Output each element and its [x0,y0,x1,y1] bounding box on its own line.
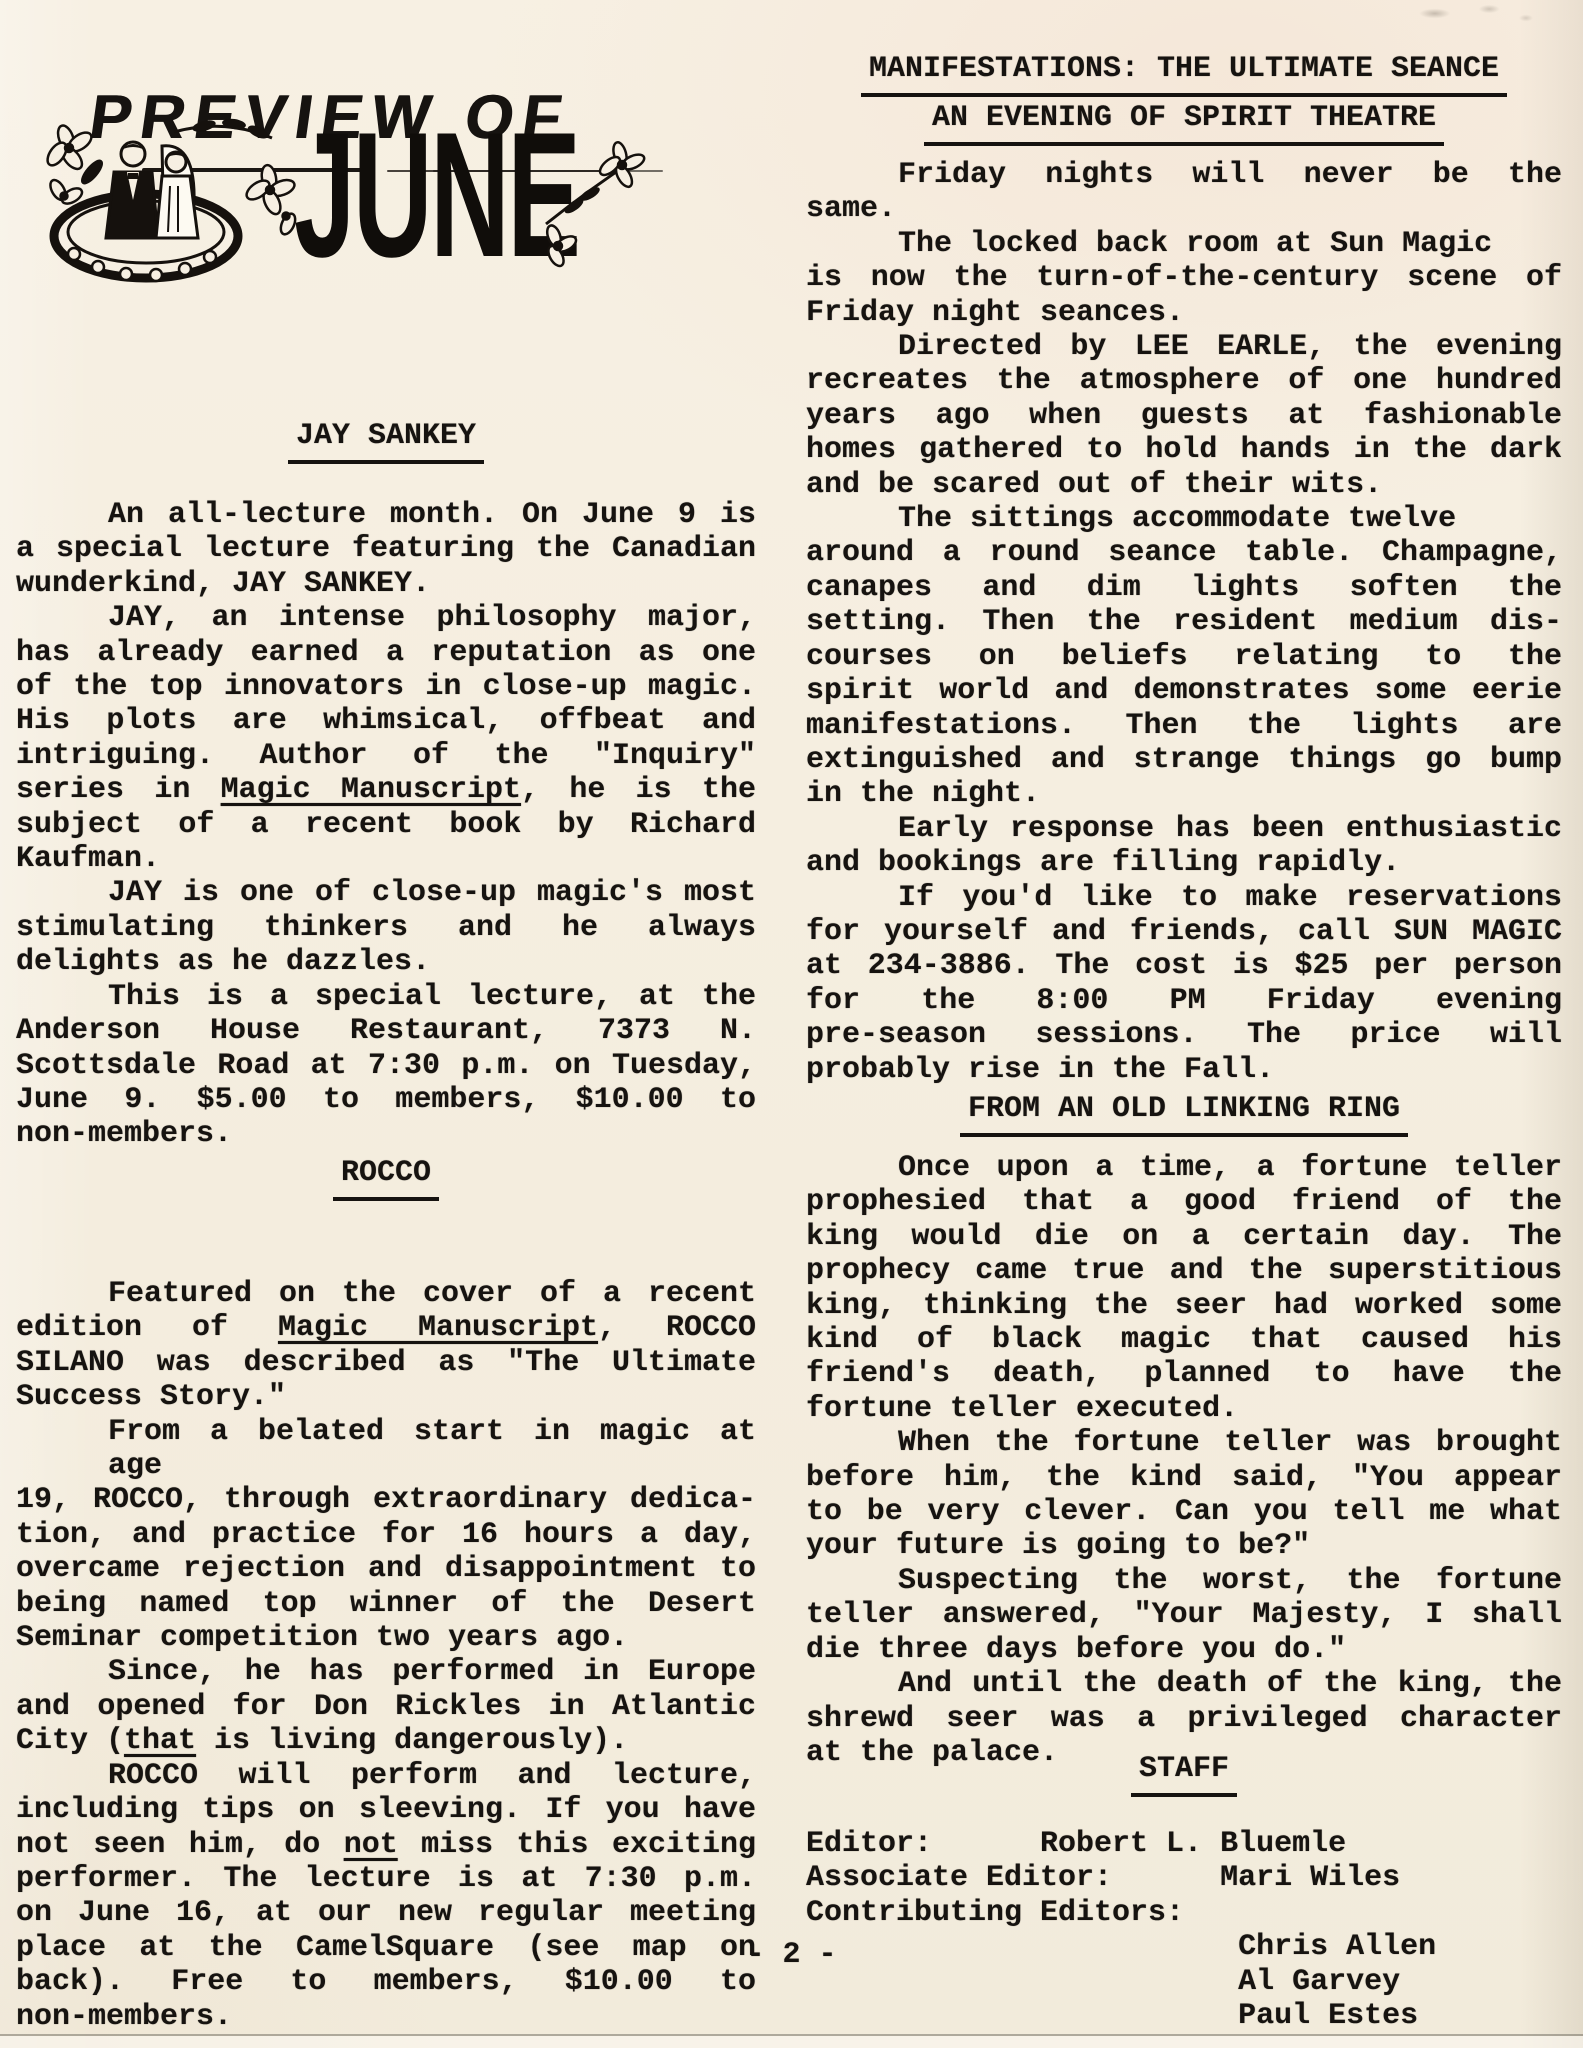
section-heading: STAFF [806,1748,1562,1797]
text-line: prophesied that a good friend of the [806,1185,1562,1219]
text-line: die three days before you do." [806,1633,1562,1667]
section-heading: ROCCO [16,1152,756,1201]
section-body: Editor: Robert L. BluemleAssociate Edito… [806,1827,1562,2033]
text-line: shrewd seer was a privileged character [806,1702,1562,1736]
paragraph: This is a special lecture, at theAnderso… [16,980,756,1152]
staff-row: Associate Editor: Mari Wiles [806,1861,1562,1895]
section-heading-text: STAFF [1131,1748,1237,1797]
paragraph: Since, he has performed in Europeand ope… [16,1655,756,1758]
section-jay-sankey: JAY SANKEYAn all-lecture month. On June … [16,415,756,1152]
text-line: king would die on a certain day. The [806,1220,1562,1254]
text-line: before him, the kind said, "You appear [806,1461,1562,1495]
text-line: An all-lecture month. On June 9 is [16,498,756,532]
text-line: for yourself and friends, call SUN MAGIC [806,915,1562,949]
text-line: Early response has been enthusiastic [806,812,1562,846]
newsletter-page: PREVIEW OF [0,0,1583,2048]
text-line: prophecy came true and the superstitious [806,1254,1562,1288]
text-line: Suspecting the worst, the fortune [806,1564,1562,1598]
text-line: same. [806,192,1562,226]
text-line: a special lecture featuring the Canadian [16,532,756,566]
text-line: The sittings accommodate twelve [806,502,1562,536]
text-line: stimulating thinkers and he always [16,911,756,945]
scan-smudge [1390,0,1550,30]
paragraph: Directed by LEE EARLE, the eveningrecrea… [806,330,1562,502]
text-line: Featured on the cover of a recent [16,1277,756,1311]
text-line: spirit world and demonstrates some eerie [806,674,1562,708]
text-line: for the 8:00 PM Friday evening [806,984,1562,1018]
section-manifestations: MANIFESTATIONS: THE ULTIMATE SEANCEAN EV… [806,48,1562,1087]
text-line: non-members. [16,1117,756,1151]
text-line: is now the turn-of-the-century scene of [806,261,1562,295]
text-line: ROCCO will perform and lecture, [16,1759,756,1793]
text-line: probably rise in the Fall. [806,1053,1562,1087]
text-line: recreates the atmosphere of one hundred [806,364,1562,398]
text-line: Directed by LEE EARLE, the evening [806,330,1562,364]
text-line: If you'd like to make reservations [806,881,1562,915]
text-line: years ago when guests at fashionable [806,399,1562,433]
text-line: From a belated start in magic at age [16,1415,756,1484]
flower-sprig-icon [536,128,656,268]
section-heading-text: ROCCO [333,1152,439,1201]
paragraph: Suspecting the worst, the fortuneteller … [806,1564,1562,1667]
masthead: PREVIEW OF [16,0,756,300]
paragraph: Friday nights will never be thesame. [806,158,1562,227]
text-line: JAY, an intense philosophy major, [16,601,756,635]
text-line: Success Story." [16,1380,756,1414]
text-line: friend's death, planned to have the [806,1357,1562,1391]
text-line: subject of a recent book by Richard [16,808,756,842]
text-line: delights as he dazzles. [16,945,756,979]
text-line: being named top winner of the Desert [16,1587,756,1621]
text-line: fortune teller executed. [806,1392,1562,1426]
text-line: has already earned a reputation as one [16,636,756,670]
text-line: Kaufman. [16,842,756,876]
text-line: manifestations. Then the lights are [806,709,1562,743]
paragraph: JAY is one of close-up magic's moststimu… [16,876,756,979]
section-heading: FROM AN OLD LINKING RING [806,1088,1562,1137]
paragraph: From a belated start in magic at age19, … [16,1415,756,1656]
text-line: around a round seance table. Champagne, [806,536,1562,570]
paragraph: An all-lecture month. On June 9 isa spec… [16,498,756,601]
section-heading: JAY SANKEY [16,415,756,464]
text-line: not seen him, do not miss this exciting [16,1828,756,1862]
text-line: 19, ROCCO, through extraordinary dedica- [16,1483,756,1517]
text-line: series in Magic Manuscript, he is the [16,773,756,807]
text-line: in the night. [806,777,1562,811]
text-line: June 9. $5.00 to members, $10.00 to [16,1083,756,1117]
section-heading-text: AN EVENING OF SPIRIT THEATRE [924,97,1444,146]
paragraph: The sittings accommodate twelvearound a … [806,502,1562,812]
paragraph: Early response has been enthusiasticand … [806,812,1562,881]
text-line: City (that is living dangerously). [16,1724,756,1758]
text-line: courses on beliefs relating to the [806,640,1562,674]
page-number: - 2 - [0,1938,1583,1972]
text-line: performer. The lecture is at 7:30 p.m. [16,1862,756,1896]
left-column: PREVIEW OF [16,0,756,2048]
text-line: tion, and practice for 16 hours a day, [16,1518,756,1552]
staff-row: Paul Estes [806,1999,1562,2033]
text-line: at 234-3886. The cost is $25 per person [806,949,1562,983]
text-line: canapes and dim lights soften the [806,571,1562,605]
section-body: Once upon a time, a fortune tellerprophe… [806,1151,1562,1770]
section-heading-text: JAY SANKEY [288,415,484,464]
text-line: king, thinking the seer had worked some [806,1289,1562,1323]
text-line: Since, he has performed in Europe [16,1655,756,1689]
section-body: Friday nights will never be thesame.The … [806,158,1562,1087]
text-line: of the top innovators in close-up magic. [16,670,756,704]
text-line: your future is going to be?" [806,1529,1562,1563]
text-line: This is a special lecture, at the [16,980,756,1014]
paragraph: If you'd like to make reservationsfor yo… [806,881,1562,1087]
text-line: and opened for Don Rickles in Atlantic [16,1690,756,1724]
text-line: SILANO was described as "The Ultimate [16,1346,756,1380]
section-body: An all-lecture month. On June 9 isa spec… [16,498,756,1152]
text-line: JAY is one of close-up magic's most [16,876,756,910]
text-line: teller answered, "Your Majesty, I shall [806,1598,1562,1632]
text-line: edition of Magic Manuscript, ROCCO [16,1311,756,1345]
text-line: setting. Then the resident medium dis- [806,605,1562,639]
text-line: non-members. [16,2000,756,2034]
right-column: MANIFESTATIONS: THE ULTIMATE SEANCEAN EV… [806,0,1562,2048]
paragraph: The locked back room at Sun Magicis now … [806,227,1562,330]
text-line: pre-season sessions. The price will [806,1018,1562,1052]
text-line: to be very clever. Can you tell me what [806,1495,1562,1529]
paragraph: ROCCO will perform and lecture,including… [16,1759,756,2034]
text-line: Scottsdale Road at 7:30 p.m. on Tuesday, [16,1049,756,1083]
text-line: Anderson House Restaurant, 7373 N. [16,1014,756,1048]
text-line: Once upon a time, a fortune teller [806,1151,1562,1185]
text-line: Friday nights will never be the [806,158,1562,192]
text-line: Friday night seances. [806,296,1562,330]
text-line: and bookings are filling rapidly. [806,846,1562,880]
section-rocco: ROCCOFeatured on the cover of a recented… [16,1152,756,2034]
section-heading-text: MANIFESTATIONS: THE ULTIMATE SEANCE [861,48,1507,97]
text-line: intriguing. Author of the "Inquiry" [16,739,756,773]
text-line: homes gathered to hold hands in the dark [806,433,1562,467]
section-heading-text: FROM AN OLD LINKING RING [960,1088,1408,1137]
text-line: overcame rejection and disappointment to [16,1552,756,1586]
section-heading: MANIFESTATIONS: THE ULTIMATE SEANCEAN EV… [806,48,1562,146]
paragraph: JAY, an intense philosophy major,has alr… [16,601,756,876]
staff-row: Editor: Robert L. Bluemle [806,1827,1562,1861]
text-line: Seminar competition two years ago. [16,1621,756,1655]
staff-row: Contributing Editors: [806,1896,1562,1930]
section-linking-ring: FROM AN OLD LINKING RINGOnce upon a time… [806,1088,1562,1770]
text-line: including tips on sleeving. If you have [16,1793,756,1827]
text-line: and be scared out of their wits. [806,468,1562,502]
paragraph: When the fortune teller was broughtbefor… [806,1426,1562,1564]
text-line: extinguished and strange things go bump [806,743,1562,777]
paragraph: Featured on the cover of a recentedition… [16,1277,756,1415]
text-line: When the fortune teller was brought [806,1426,1562,1460]
text-line: wunderkind, JAY SANKEY. [16,567,756,601]
section-body: Featured on the cover of a recentedition… [16,1277,756,2034]
text-line: on June 16, at our new regular meeting [16,1896,756,1930]
wedding-couple-illustration [44,116,302,288]
text-line: The locked back room at Sun Magic [806,227,1562,261]
scan-edge-strip [0,2036,1583,2048]
text-line: His plots are whimsical, offbeat and [16,704,756,738]
text-line: kind of black magic that caused his [806,1323,1562,1357]
paragraph: Once upon a time, a fortune tellerprophe… [806,1151,1562,1426]
text-line: And until the death of the king, the [806,1667,1562,1701]
section-staff: STAFFEditor: Robert L. BluemleAssociate … [806,1748,1562,2033]
